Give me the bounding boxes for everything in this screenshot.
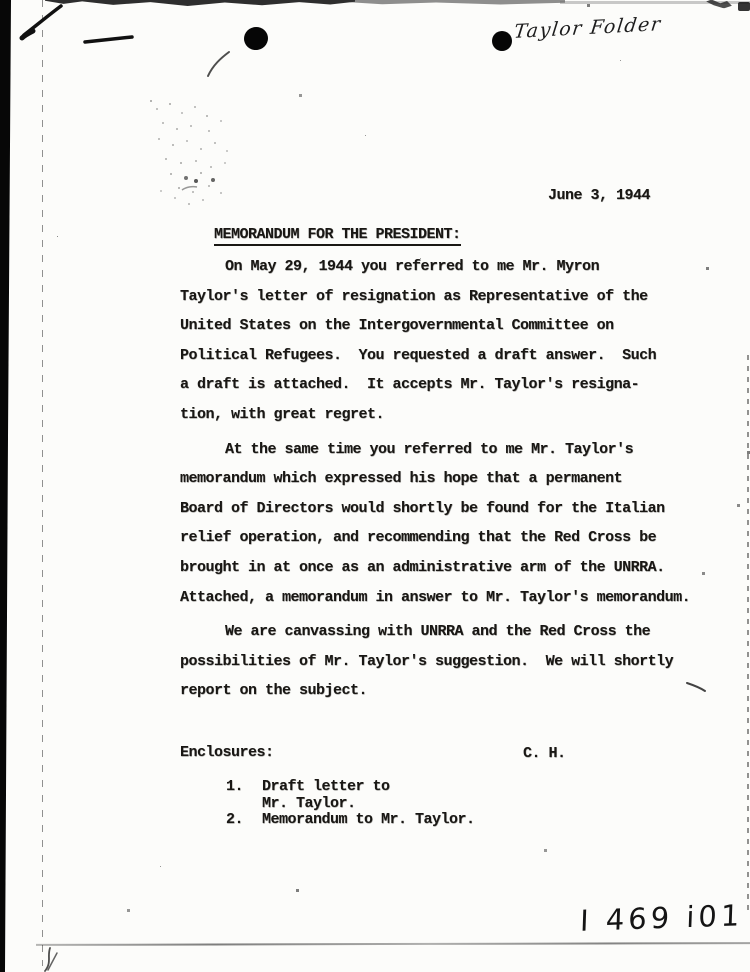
enclosure-number: 1. bbox=[226, 779, 262, 796]
text-line: possibilities of Mr. Taylor's suggestion… bbox=[180, 647, 700, 677]
scan-edge-top bbox=[350, 0, 565, 5]
enclosure-line: 1.Draft letter to bbox=[226, 779, 475, 796]
enclosure-text: Draft letter to bbox=[262, 778, 390, 795]
text-line: Taylor's letter of resignation as Repres… bbox=[180, 282, 700, 312]
handwriting-top-right: Taylor Folder bbox=[513, 13, 663, 43]
text-line: report on the subject. bbox=[180, 676, 700, 706]
text-line: tion, with great regret. bbox=[180, 400, 700, 430]
text-line: At the same time you referred to me Mr. … bbox=[180, 435, 700, 465]
handwriting-archive-number: I 469 i01 bbox=[579, 898, 743, 938]
text-line: United States on the Intergovernmental C… bbox=[180, 311, 700, 341]
text-line: brought in at once as an administrative … bbox=[180, 553, 700, 583]
enclosure-line: 2.Memorandum to Mr. Taylor. bbox=[226, 812, 475, 829]
text-line: Political Refugees. You requested a draf… bbox=[180, 341, 700, 371]
scanned-memo-page: Taylor Folder I 469 i01 June 3, 1944 MEM… bbox=[0, 0, 750, 972]
paper-bottom-edge bbox=[36, 942, 750, 946]
paragraph: We are canvassing with UNRRA and the Red… bbox=[180, 617, 700, 706]
memo-body: On May 29, 1944 you referred to me Mr. M… bbox=[180, 252, 700, 706]
memo-title-text: MEMORANDUM FOR THE PRESIDENT: bbox=[214, 226, 461, 246]
paper-right-edge bbox=[747, 355, 749, 915]
text-line: On May 29, 1944 you referred to me Mr. M… bbox=[180, 252, 700, 282]
text-line: We are canvassing with UNRRA and the Red… bbox=[180, 617, 700, 647]
hole-punch-left bbox=[242, 25, 270, 52]
enclosure-line: Mr. Taylor. bbox=[226, 796, 475, 813]
text-line: memorandum which expressed his hope that… bbox=[180, 464, 700, 494]
enclosure-text: Mr. Taylor. bbox=[262, 795, 356, 812]
paragraph: At the same time you referred to me Mr. … bbox=[180, 435, 700, 613]
text-line: a draft is attached. It accepts Mr. Tayl… bbox=[180, 370, 700, 400]
hole-punch-right bbox=[492, 31, 512, 51]
text-line: Attached, a memorandum in answer to Mr. … bbox=[180, 583, 700, 613]
memo-date: June 3, 1944 bbox=[548, 187, 650, 204]
text-line: relief operation, and recommending that … bbox=[180, 523, 700, 553]
paragraph: On May 29, 1944 you referred to me Mr. M… bbox=[180, 252, 700, 430]
scan-edge-left bbox=[0, 0, 12, 972]
scan-smudge-top-right bbox=[738, 2, 750, 11]
scan-edge-top bbox=[45, 0, 355, 7]
enclosures-label: Enclosures: bbox=[180, 744, 274, 761]
enclosure-number: 2. bbox=[226, 812, 262, 829]
author-initials: C. H. bbox=[523, 745, 566, 762]
ink-specks bbox=[0, 0, 1, 1]
stamp-smudge bbox=[150, 100, 152, 102]
text-line: Board of Directors would shortly be foun… bbox=[180, 494, 700, 524]
enclosure-list: 1.Draft letter toMr. Taylor.2.Memorandum… bbox=[226, 779, 475, 829]
fold-line bbox=[42, 0, 43, 966]
enclosure-text: Memorandum to Mr. Taylor. bbox=[262, 811, 475, 828]
